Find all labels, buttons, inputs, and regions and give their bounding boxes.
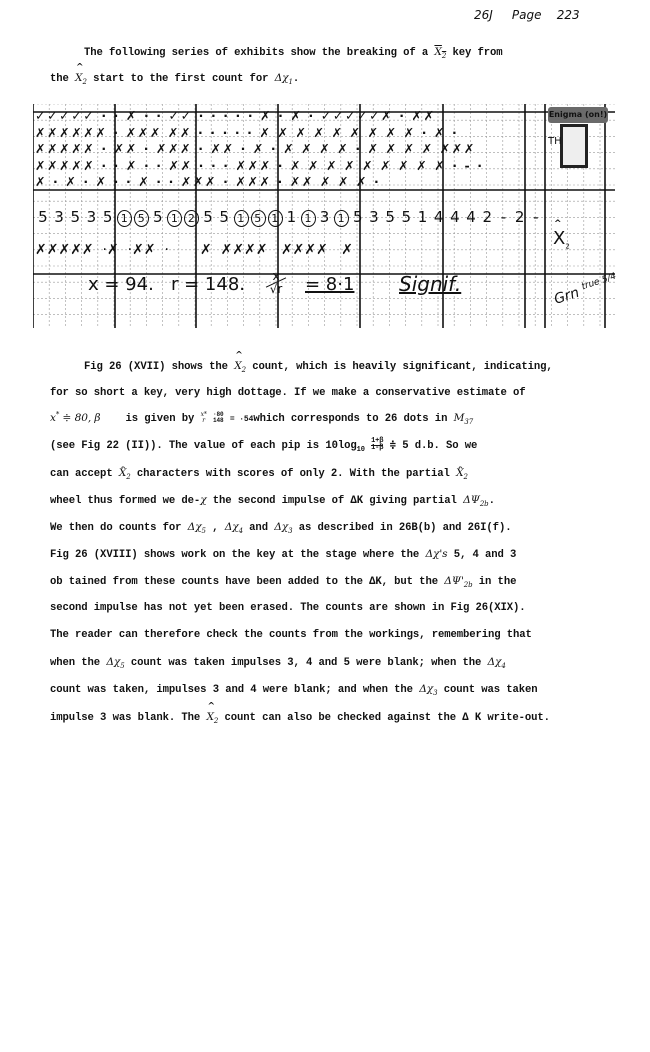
body-line-7: We then do counts for Δχ5 , Δχ4 and Δχ3 … xyxy=(50,521,511,534)
count-cell: 2 xyxy=(184,210,199,227)
count-cell: 5 xyxy=(200,208,216,226)
body-line-3: x* ≑ 80, β is given by x*r ·80148 = ·54w… xyxy=(50,412,473,425)
formula-result: = 8·1 xyxy=(305,274,354,295)
key-row: ✗✗✗✗✗✗ · ✗✗✗ ✗✗ · · · · · ✗ ✗ ✗ ✗ ✗ ✗ ✗ … xyxy=(35,125,484,142)
key-row: ✗✗✗✗✗ · · ✗ · · ✗✗ · · · ✗✗✗ · ✗ ✗ ✗ ✗ ✗… xyxy=(35,158,484,175)
count-cell: 1 xyxy=(117,210,132,227)
chi-breve-symbol: X2 xyxy=(456,467,468,479)
count-cell: 3 xyxy=(317,208,333,226)
formula-x: x = 94. xyxy=(88,274,154,295)
key-rows: ✓✓✓✓✓ · · ✗ · · ✓✓ · · · · · ✗ · ✗ · ✓✓✓… xyxy=(35,108,484,191)
count-cell: 4 xyxy=(463,208,479,226)
count-cell: 1 xyxy=(167,210,182,227)
count-row: 5353515512551511131535514442-2- xyxy=(35,208,544,227)
count-cell: - xyxy=(496,208,512,226)
chi-hat-symbol: X2 xyxy=(206,711,218,723)
count-cell: 5 xyxy=(134,210,149,227)
page-header: 26J Page 223 xyxy=(474,8,580,22)
count-cell: 5 xyxy=(35,208,51,226)
formula-r: r = 148. xyxy=(171,274,245,295)
body-line-2: for so short a key, very high dottage. I… xyxy=(50,387,526,399)
mark-row: ✗✗✗✗✗ ·✗ ·✗✗ · ✗ ✗✗✗✗ ✗✗✗✗ ✗ xyxy=(35,242,353,258)
worksheet-exhibit: ✓✓✓✓✓ · · ✗ · · ✓✓ · · · · · ✗ · ✗ · ✓✓✓… xyxy=(33,104,615,328)
intro-line-1: The following series of exhibits show th… xyxy=(84,46,503,59)
verdict-significant: Signif. xyxy=(399,272,461,296)
chi-hat-symbol: X2 xyxy=(75,72,87,84)
intro-text: key from xyxy=(453,47,503,59)
count-cell: 1 xyxy=(234,210,249,227)
chi-hat-symbol: X2 xyxy=(234,360,246,372)
page-label: Page xyxy=(512,8,542,22)
body-line-6: wheel thus formed we de-χ the second imp… xyxy=(50,494,495,507)
body-line-12: when the Δχ5 count was taken impulses 3,… xyxy=(50,656,506,669)
key-row: ✗ · ✗ · ✗ · · ✗ · · ✗✗✗ · ✗✗✗ · ✗✗ ✗ ✗ ✗… xyxy=(35,174,484,191)
stamp-box xyxy=(560,124,588,168)
count-cell: 5 xyxy=(67,208,83,226)
key-row: ✗✗✗✗✗ · ✗✗ · ✗✗✗ · ✗✗ · ✗ · ✗ ✗ ✗ ✗ · ✗ … xyxy=(35,141,484,158)
count-cell: 3 xyxy=(366,208,382,226)
count-cell: 5 xyxy=(251,210,266,227)
count-cell: 1 xyxy=(284,208,300,226)
count-cell: 5 xyxy=(216,208,232,226)
count-cell: 4 xyxy=(431,208,447,226)
count-cell: 5 xyxy=(150,208,166,226)
count-cell: 2 xyxy=(512,208,528,226)
intro-line-2: the X2 start to the first count for Δχ1. xyxy=(50,72,299,85)
count-cell: 5 xyxy=(100,208,116,226)
chi-breve-symbol: X2 xyxy=(119,467,131,479)
body-line-8: Fig 26 (XVIII) shows work on the key at … xyxy=(50,548,516,561)
fraction-numerator: x xyxy=(265,270,287,282)
count-cell: 1 xyxy=(415,208,431,226)
count-cell: 3 xyxy=(84,208,100,226)
count-cell: 5 xyxy=(398,208,414,226)
count-cell: 5 xyxy=(350,208,366,226)
delta-chi-symbol: Δχ1 xyxy=(275,72,293,84)
page-number: 223 xyxy=(557,8,580,22)
intro-text: The following series of exhibits show th… xyxy=(84,47,428,59)
count-cell: 1 xyxy=(268,210,283,227)
count-cell: - xyxy=(528,208,544,226)
body-line-10: second impulse has not yet been erased. … xyxy=(50,602,526,614)
formula-fraction: x √r xyxy=(265,270,287,295)
intro-text: the xyxy=(50,73,69,85)
body-line-9: ob tained from these counts have been ad… xyxy=(50,575,516,588)
chi-bar-symbol: X2 xyxy=(434,46,446,58)
enigma-stamp: Enigma (on!) xyxy=(548,107,608,123)
body-line-5: can accept X2 characters with scores of … xyxy=(50,467,468,480)
count-cell: 4 xyxy=(447,208,463,226)
stamp-side-text: TH xyxy=(548,136,562,147)
count-cell: 2 xyxy=(479,208,495,226)
stamp-label: Enigma (on!) xyxy=(549,110,607,119)
body-line-4: (see Fig 22 (II)). The value of each pip… xyxy=(50,438,477,452)
body-line-14: impulse 3 was blank. The X2 count can al… xyxy=(50,711,550,724)
count-cell: 1 xyxy=(301,210,316,227)
body-line-1: Fig 26 (XVII) shows the X2 count, which … xyxy=(84,360,553,373)
intro-text: start to the first count for xyxy=(93,73,268,85)
body-line-13: count was taken, impulses 3 and 4 were b… xyxy=(50,683,538,696)
count-cell: 1 xyxy=(334,210,349,227)
section-number: 26J xyxy=(474,8,493,22)
key-row: ✓✓✓✓✓ · · ✗ · · ✓✓ · · · · · ✗ · ✗ · ✓✓✓… xyxy=(35,108,484,125)
count-cell: 5 xyxy=(382,208,398,226)
body-line-11: The reader can therefore check the count… xyxy=(50,629,532,641)
mark-row-label: X2 xyxy=(553,228,570,249)
count-cell: 3 xyxy=(51,208,67,226)
